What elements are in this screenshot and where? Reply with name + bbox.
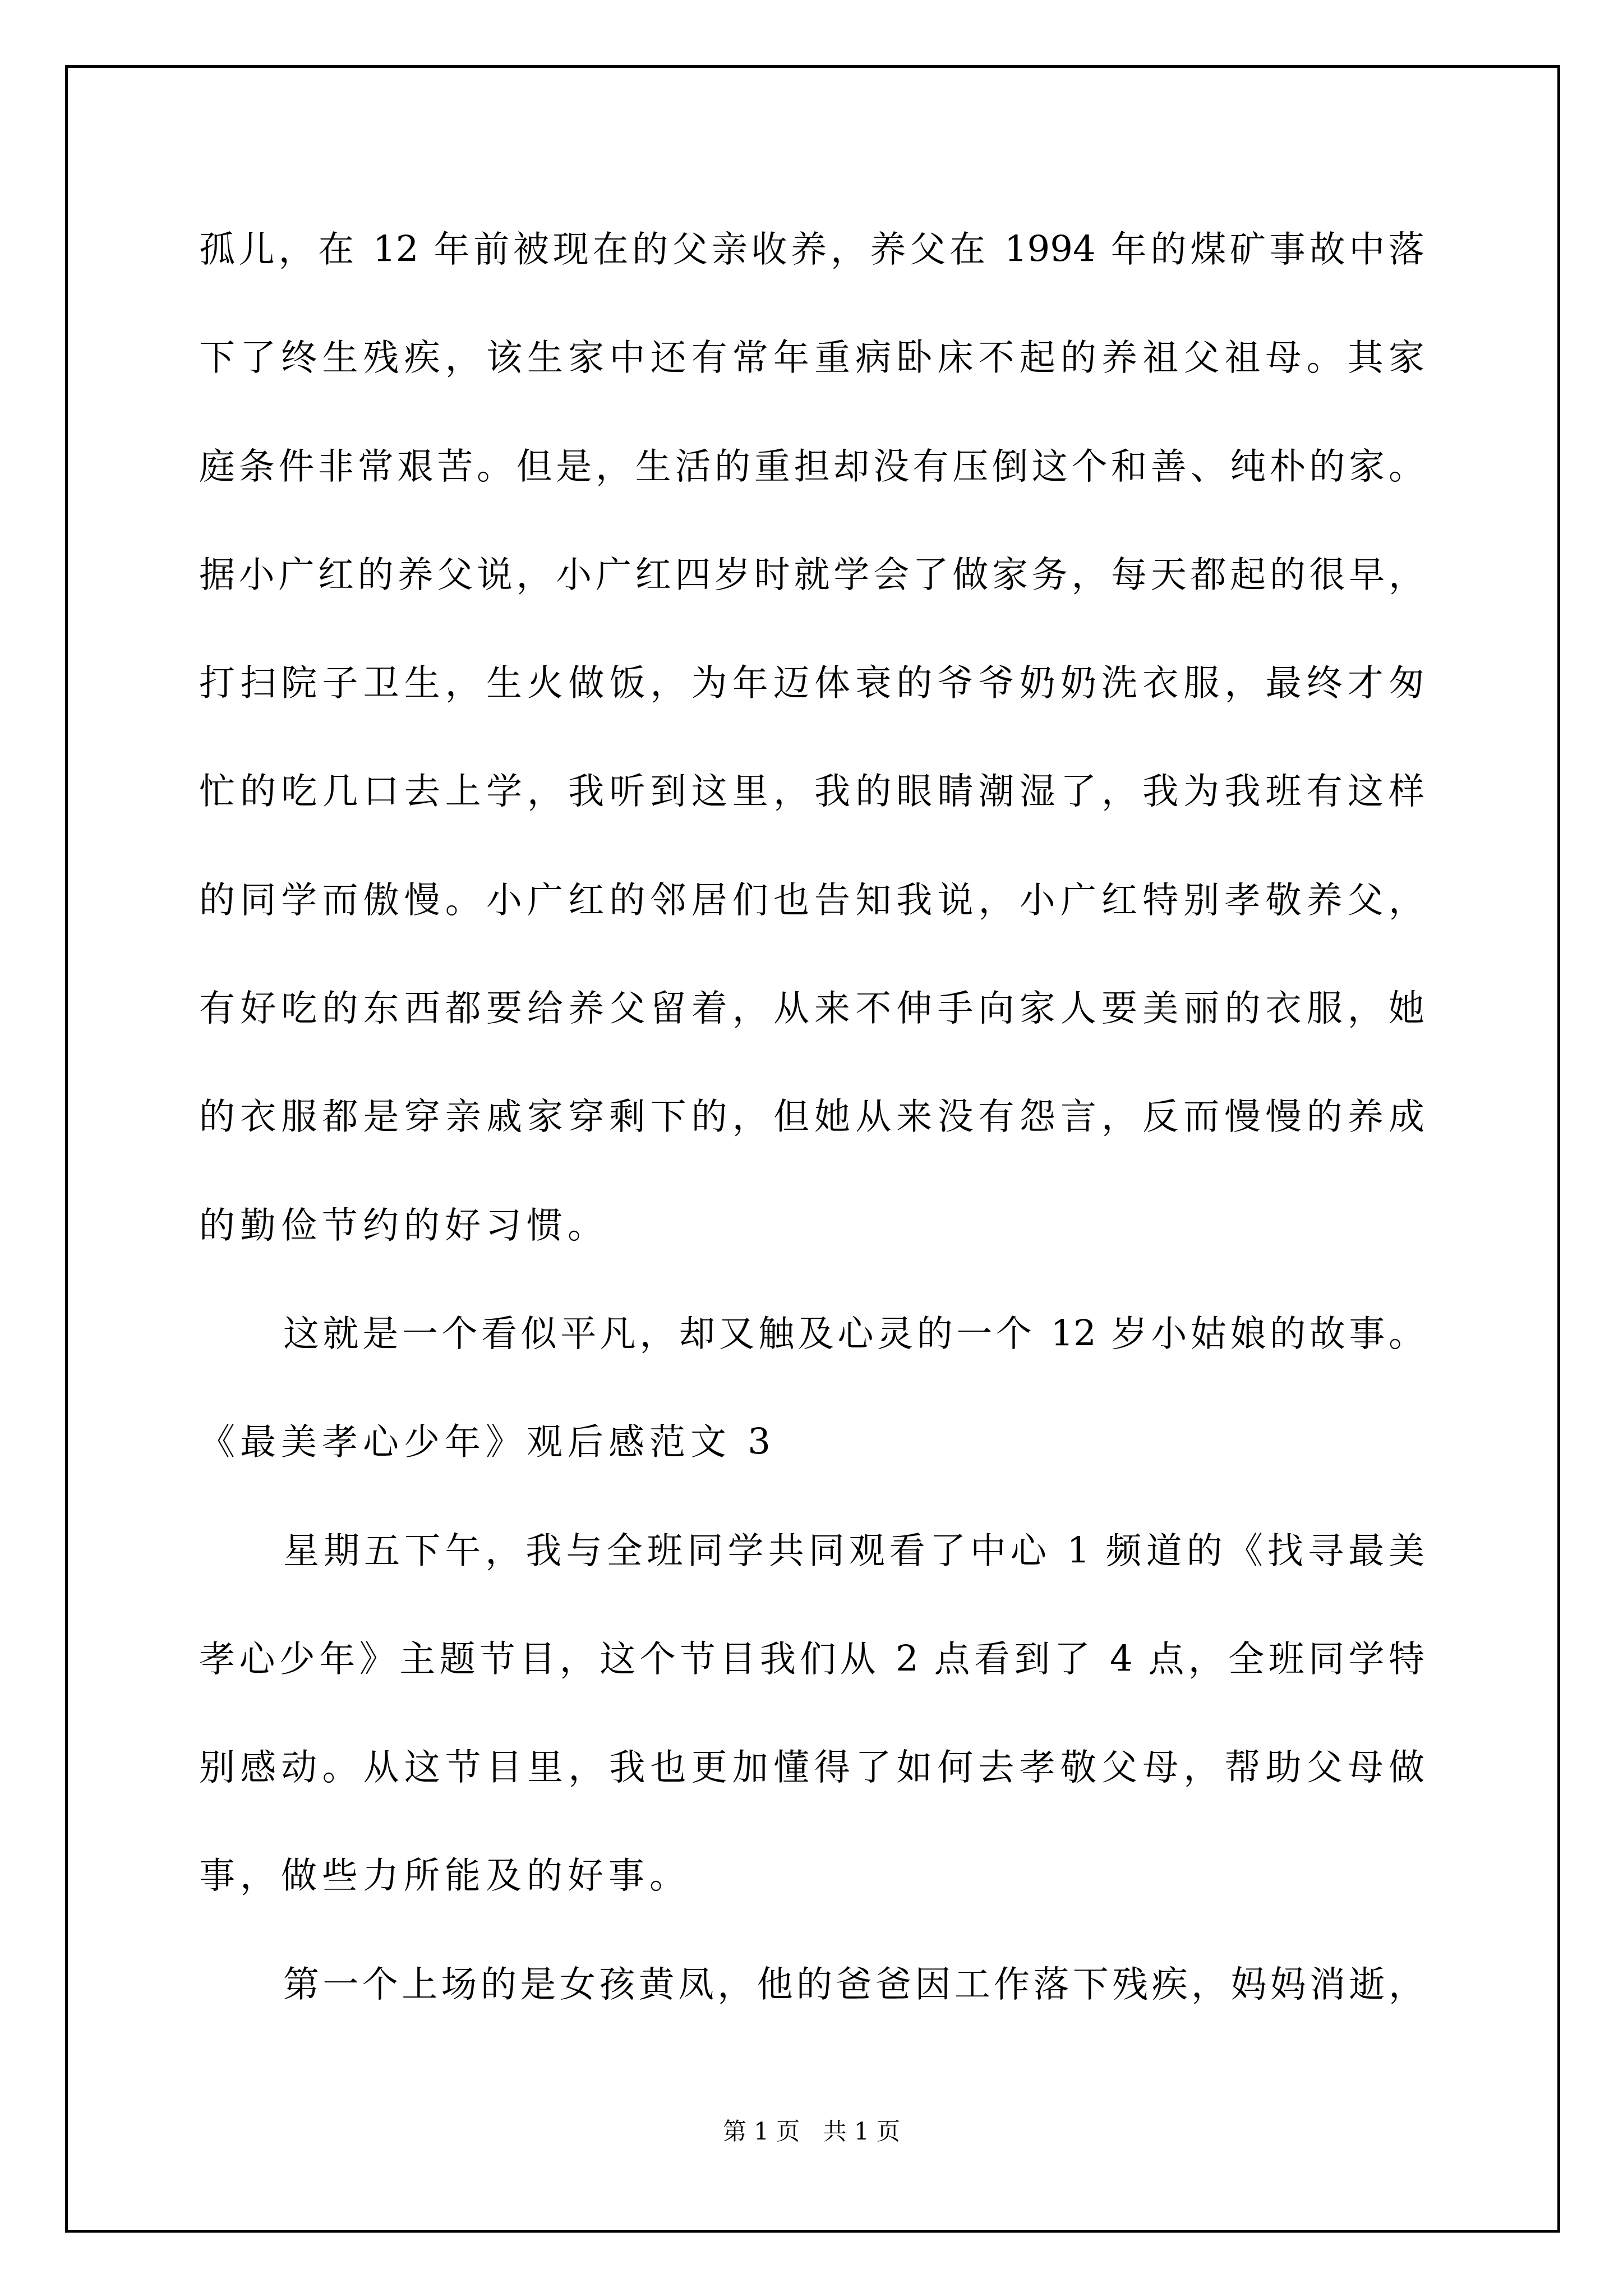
text-line: 打扫院子卫生，生火做饭，为年迈体衰的爷爷奶奶洗衣服，最终才匆: [199, 629, 1424, 738]
text-line: 下了终生残疾，该生家中还有常年重病卧床不起的养祖父祖母。其家: [199, 304, 1424, 412]
text-line: 有好吃的东西都要给养父留着，从来不伸手向家人要美丽的衣服，她: [199, 955, 1424, 1063]
text-line: 孤儿，在 12 年前被现在的父亲收养，养父在 1994 年的煤矿事故中落: [199, 196, 1424, 304]
paragraph-first-line: 这就是一个看似平凡，却又触及心灵的一个 12 岁小姑娘的故事。: [199, 1280, 1424, 1388]
text-line: 的同学而傲慢。小广红的邻居们也告知我说，小广红特别孝敬养父，: [199, 846, 1424, 955]
text-line: 别感动。从这节目里，我也更加懂得了如何去孝敬父母，帮助父母做: [199, 1714, 1424, 1822]
text-line: 孝心少年》主题节目，这个节目我们从 2 点看到了 4 点，全班同学特: [199, 1605, 1424, 1714]
page-total: 共 1 页: [823, 2118, 900, 2145]
text-line: 的勤俭节约的好习惯。: [199, 1172, 1424, 1280]
paragraph-first-line: 第一个上场的是女孩黄凤，他的爸爸因工作落下残疾，妈妈消逝，: [199, 1931, 1424, 2039]
page-number: 第 1 页: [723, 2118, 800, 2145]
section-title: 《最美孝心少年》观后感范文 3: [199, 1388, 1424, 1497]
page-footer: 第 1 页 共 1 页: [0, 2118, 1623, 2146]
text-line: 事，做些力所能及的好事。: [199, 1822, 1424, 1930]
text-line: 庭条件非常艰苦。但是，生活的重担却没有压倒这个和善、纯朴的家。: [199, 413, 1424, 521]
text-line: 忙的吃几口去上学，我听到这里，我的眼睛潮湿了，我为我班有这样: [199, 738, 1424, 846]
document-body: 孤儿，在 12 年前被现在的父亲收养，养父在 1994 年的煤矿事故中落 下了终…: [199, 196, 1424, 2039]
paragraph-first-line: 星期五下午，我与全班同学共同观看了中心 1 频道的《找寻最美: [199, 1497, 1424, 1605]
text-line: 的衣服都是穿亲戚家穿剩下的，但她从来没有怨言，反而慢慢的养成: [199, 1063, 1424, 1171]
text-line: 据小广红的养父说，小广红四岁时就学会了做家务，每天都起的很早，: [199, 521, 1424, 629]
